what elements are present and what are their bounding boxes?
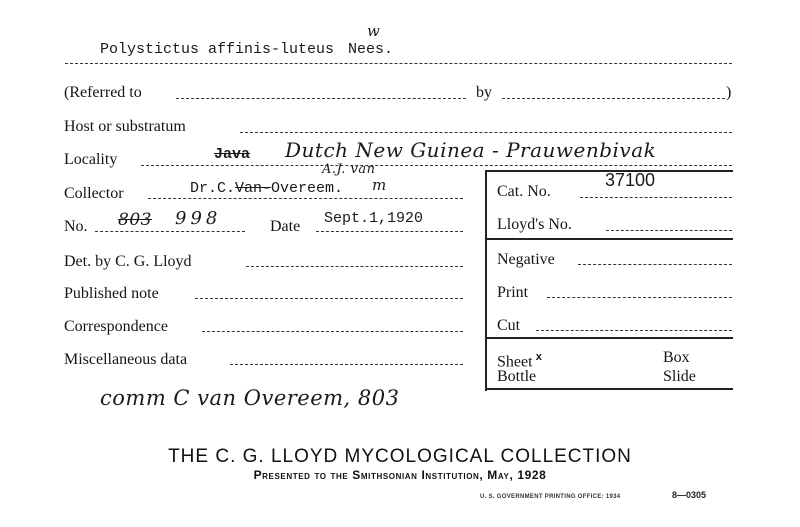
form-number: 8—0305 [672,490,706,500]
cat-no-label: Cat. No. [497,183,551,201]
negative-label: Negative [497,251,555,269]
host-field[interactable] [240,132,732,133]
locality-typed-struck: Java [214,146,250,163]
date-label: Date [270,218,300,236]
published-note-field[interactable] [195,298,463,299]
collection-title: THE C. G. LLOYD MYCOLOGICAL COLLECTION [0,446,800,468]
lloyds-no-label: Lloyd's No. [497,216,572,234]
referred-by-field[interactable] [502,98,725,99]
referred-close-paren: ) [726,84,731,102]
locality-handwritten: Dutch New Guinea - Prauwenbivak [285,138,656,162]
det-by-label: Det. by C. G. Lloyd [64,253,192,271]
print-field[interactable] [547,297,732,298]
collector-label: Collector [64,185,124,203]
collector-typed-struck: Van- [235,180,271,197]
catalog-box-left-border [485,170,487,391]
number-label: No. [64,218,88,236]
locality-field[interactable] [141,165,732,166]
catalog-box-rule-3 [485,337,733,339]
referred-to-label: (Referred to [64,84,142,102]
cut-label: Cut [497,317,520,335]
printer-imprint: U. S. GOVERNMENT PRINTING OFFICE: 1934 [480,494,620,500]
miscellaneous-field[interactable] [230,364,463,365]
negative-field[interactable] [578,264,732,265]
collector-handwritten-insert: A.J. van [322,162,375,177]
species-author: Nees. [348,41,393,58]
correspondence-field[interactable] [202,331,463,332]
host-label: Host or substratum [64,118,186,136]
collector-typed: Dr.C.Van-Overeem. [190,180,343,197]
correspondence-label: Correspondence [64,318,168,336]
det-by-field[interactable] [246,266,463,267]
box-label: Box [663,350,690,366]
bottle-label: Bottle [497,369,536,385]
locality-label: Locality [64,151,117,169]
collection-subtitle: Presented to the Smithsonian Institution… [0,468,800,482]
referred-to-field[interactable] [176,98,466,99]
slide-label: Slide [663,369,696,385]
lloyds-no-field[interactable] [606,230,732,231]
date-value: Sept.1,1920 [324,210,423,227]
catalog-box-bottom-rule [485,388,733,390]
published-note-label: Published note [64,285,159,303]
catalog-box-rule-2 [485,238,733,240]
collector-typed-suffix: Overeem. [271,180,343,197]
print-label: Print [497,284,528,302]
species-name-row: Polystictus affinis-luteus Nees. [100,40,393,58]
number-handwritten: 998 [175,208,221,229]
collector-typed-prefix: Dr.C. [190,180,235,197]
miscellaneous-label: Miscellaneous data [64,351,187,369]
date-field[interactable] [316,231,463,232]
cat-no-value: 37100 [605,170,655,191]
species-line [65,63,732,64]
cat-no-field[interactable] [580,197,732,198]
cut-field[interactable] [536,330,732,331]
referred-by-label: by [476,84,492,102]
specimen-card: Polystictus affinis-luteus Nees. w (Refe… [0,0,800,527]
number-struck: 803 [118,210,152,230]
miscellaneous-handwritten-note: comm C van Overeem, 803 [100,386,399,410]
species-correction-mark: w [367,22,380,40]
sheet-checkmark: x [536,352,543,364]
number-field[interactable] [95,231,245,232]
collector-field[interactable] [148,198,463,199]
species-typed-name: Polystictus affinis-luteus [100,41,334,58]
collector-handwritten-suffix: m [372,176,387,194]
